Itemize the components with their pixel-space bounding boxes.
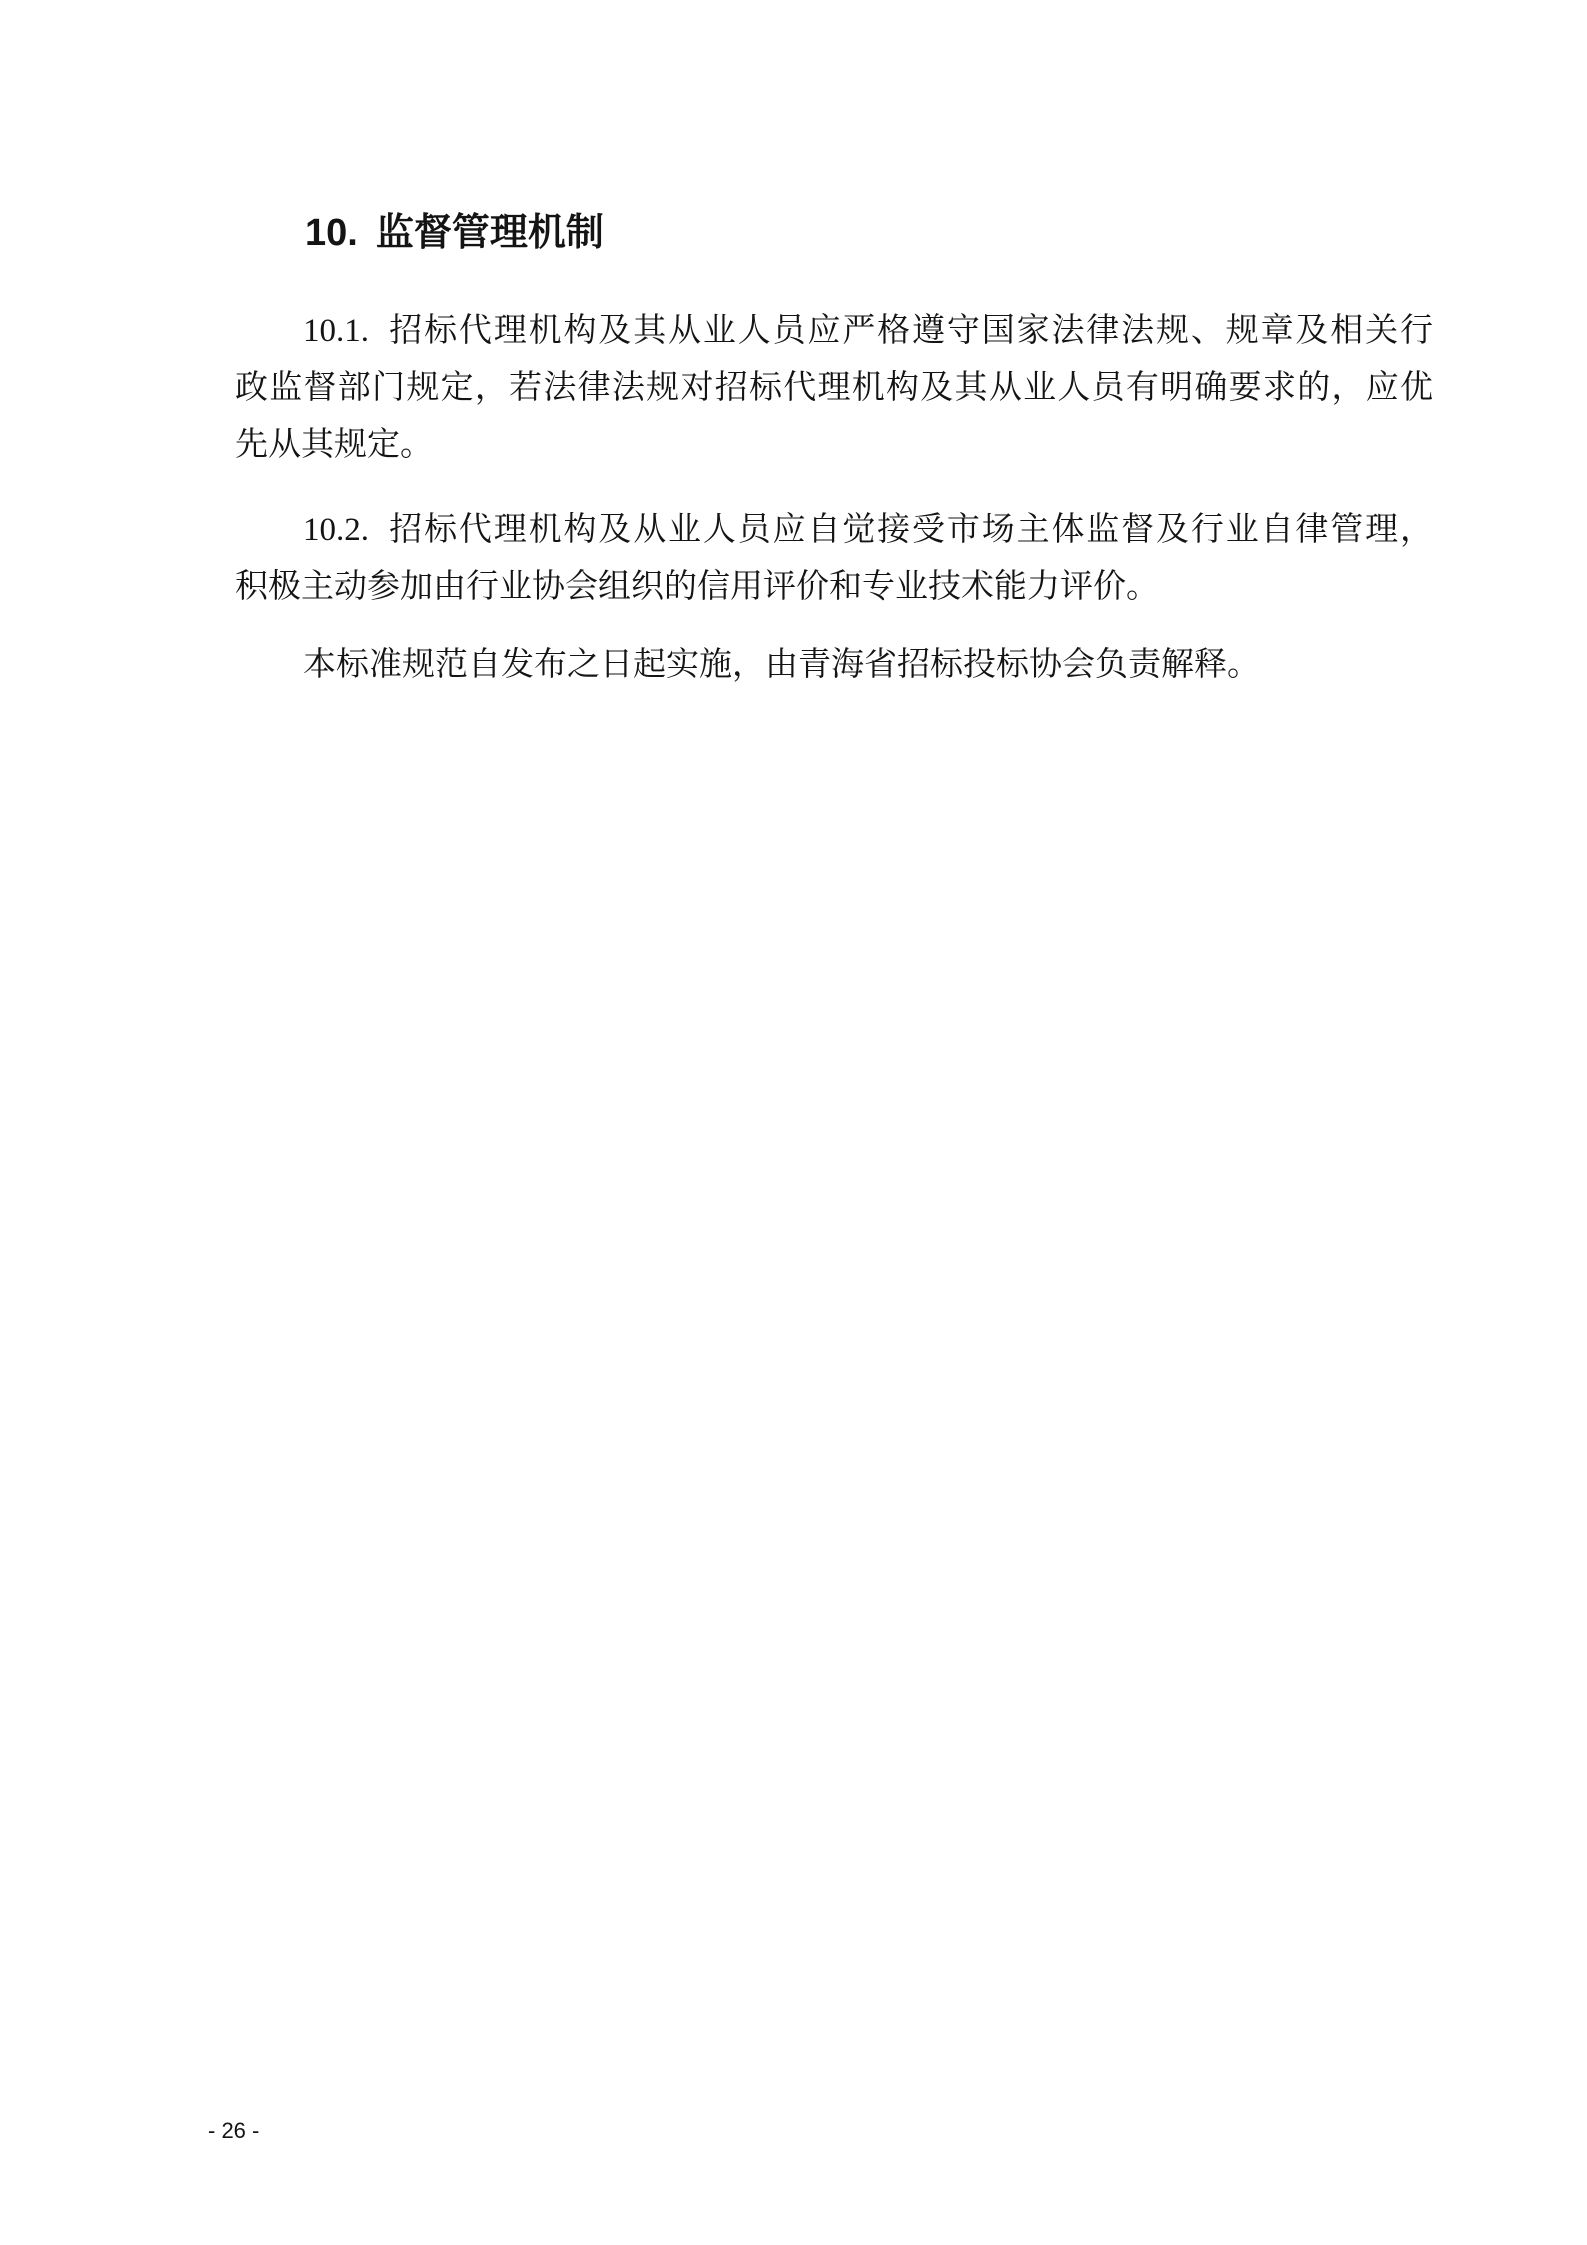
- document-page: 10.监督管理机制 10.1. 招标代理机构及其从业人员应严格遵守国家法律法规、…: [0, 0, 1587, 2245]
- page-number: - 26 -: [208, 2116, 259, 2146]
- paragraph-10-2: 10.2. 招标代理机构及从业人员应自觉接受市场主体监督及行业自律管理， 积极主…: [235, 502, 1433, 616]
- paragraph-10-1: 10.1. 招标代理机构及其从业人员应严格遵守国家法律法规、规章及相关行 政监督…: [235, 303, 1433, 474]
- paragraph-10-2-line-2: 积极主动参加由行业协会组织的信用评价和专业技术能力评价。: [235, 559, 1433, 616]
- paragraph-10-1-line-1: 10.1. 招标代理机构及其从业人员应严格遵守国家法律法规、规章及相关行: [235, 303, 1433, 360]
- paragraph-closing: 本标准规范自发布之日起实施，由青海省招标投标协会负责解释。: [235, 637, 1433, 694]
- paragraph-10-1-line-3: 先从其规定。: [235, 417, 1433, 474]
- paragraph-closing-line-1: 本标准规范自发布之日起实施，由青海省招标投标协会负责解释。: [235, 637, 1433, 694]
- section-heading-number: 10.: [305, 212, 358, 254]
- section-heading-title: 监督管理机制: [376, 212, 604, 254]
- section-heading: 10.监督管理机制: [305, 212, 604, 254]
- paragraph-10-2-line-1: 10.2. 招标代理机构及从业人员应自觉接受市场主体监督及行业自律管理，: [235, 502, 1433, 559]
- paragraph-10-1-line-2: 政监督部门规定，若法律法规对招标代理机构及其从业人员有明确要求的，应优: [235, 360, 1433, 417]
